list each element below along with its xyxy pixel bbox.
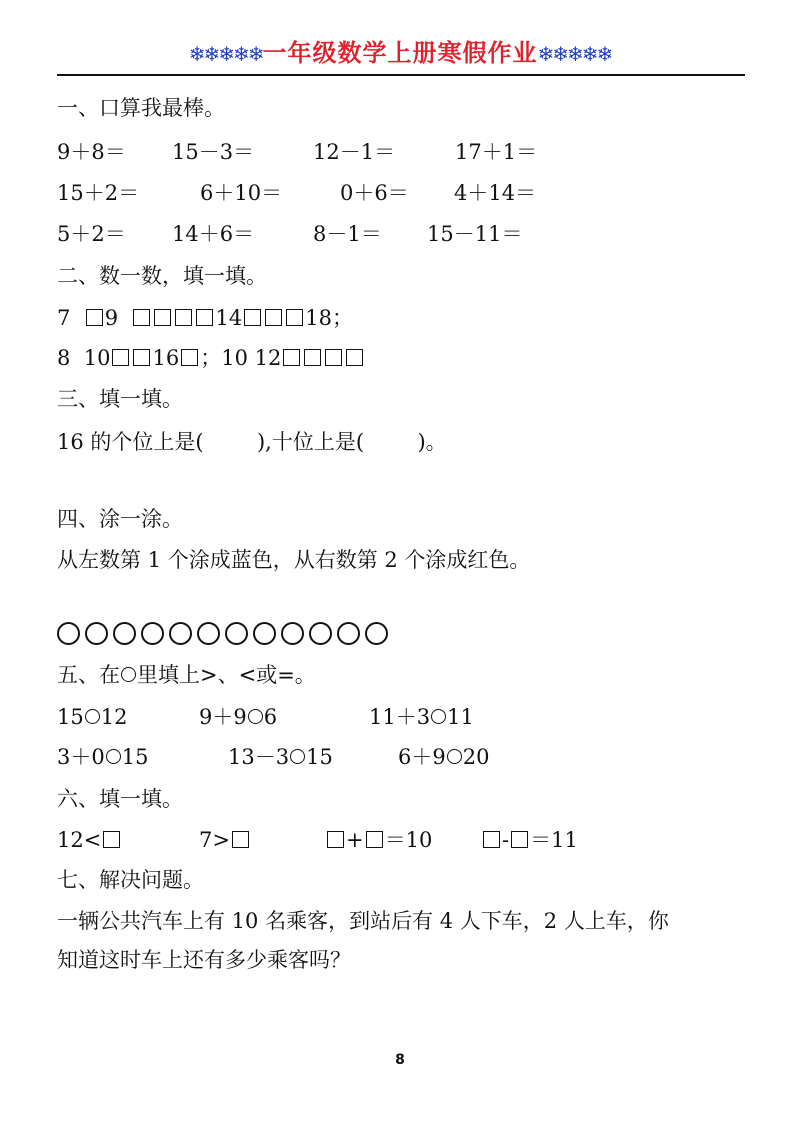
section-3-heading: 三、填一填。 bbox=[57, 385, 183, 413]
section-4-heading: 四、涂一涂。 bbox=[57, 505, 183, 533]
compare-circle[interactable] bbox=[431, 709, 446, 724]
answer-box[interactable] bbox=[86, 309, 103, 326]
answer-box[interactable] bbox=[304, 349, 321, 366]
answer-box[interactable] bbox=[181, 349, 198, 366]
answer-box[interactable] bbox=[154, 309, 171, 326]
problem: 4＋14＝ bbox=[454, 179, 536, 207]
sequence-line-1: 7 9 1418； bbox=[57, 304, 353, 332]
colorable-circle[interactable] bbox=[85, 622, 108, 645]
answer-box[interactable] bbox=[283, 349, 300, 366]
compare-item: 11＋311 bbox=[369, 703, 474, 731]
colorable-circle[interactable] bbox=[253, 622, 276, 645]
section-1-heading: 一、口算我最棒。 bbox=[57, 94, 225, 122]
problem: 15－3＝ bbox=[172, 138, 254, 166]
circle-row bbox=[57, 621, 393, 649]
answer-box[interactable] bbox=[325, 349, 342, 366]
problem: 14＋6＝ bbox=[172, 220, 254, 248]
colorable-circle[interactable] bbox=[197, 622, 220, 645]
circle-symbol-icon bbox=[121, 667, 136, 682]
answer-box[interactable] bbox=[112, 349, 129, 366]
answer-box[interactable] bbox=[366, 831, 383, 848]
colorable-circle[interactable] bbox=[281, 622, 304, 645]
problem: 17＋1＝ bbox=[455, 138, 537, 166]
page-number: 8 bbox=[0, 1052, 800, 1068]
problem: 12－1＝ bbox=[313, 138, 395, 166]
problem: 8－1＝ bbox=[313, 220, 382, 248]
compare-item: 6＋920 bbox=[398, 743, 489, 771]
place-value-question: 16 的个位上是( ),十位上是( )。 bbox=[57, 428, 447, 456]
page-title: 一年级数学上册寒假作业 bbox=[263, 39, 538, 67]
compare-item: 9＋96 bbox=[199, 703, 277, 731]
colorable-circle[interactable] bbox=[113, 622, 136, 645]
answer-box[interactable] bbox=[103, 831, 120, 848]
answer-box[interactable] bbox=[265, 309, 282, 326]
header-divider bbox=[57, 74, 745, 76]
problem: 15－11＝ bbox=[427, 220, 522, 248]
word-problem-line-2: 知道这时车上还有多少乘客吗？ bbox=[57, 946, 351, 974]
compare-circle[interactable] bbox=[85, 709, 100, 724]
section-2-heading: 二、数一数，填一填。 bbox=[57, 262, 267, 290]
colorable-circle[interactable] bbox=[337, 622, 360, 645]
page-header: ❄❄❄❄❄一年级数学上册寒假作业❄❄❄❄❄ bbox=[0, 38, 800, 69]
answer-box[interactable] bbox=[327, 831, 344, 848]
colorable-circle[interactable] bbox=[169, 622, 192, 645]
colorable-circle[interactable] bbox=[225, 622, 248, 645]
snowflake-icons-right: ❄❄❄❄❄ bbox=[538, 42, 612, 66]
colorable-circle[interactable] bbox=[365, 622, 388, 645]
problem: 6＋10＝ bbox=[200, 179, 282, 207]
colorable-circle[interactable] bbox=[57, 622, 80, 645]
problem: 0＋6＝ bbox=[340, 179, 409, 207]
answer-box[interactable] bbox=[244, 309, 261, 326]
section-7-heading: 七、解决问题。 bbox=[57, 866, 204, 894]
compare-circle[interactable] bbox=[248, 709, 263, 724]
colorable-circle[interactable] bbox=[141, 622, 164, 645]
answer-box[interactable] bbox=[232, 831, 249, 848]
answer-box[interactable] bbox=[175, 309, 192, 326]
colorable-circle[interactable] bbox=[309, 622, 332, 645]
answer-box[interactable] bbox=[346, 349, 363, 366]
coloring-instruction: 从左数第 1 个涂成蓝色，从右数第 2 个涂成红色。 bbox=[57, 546, 530, 574]
problem: 9＋8＝ bbox=[57, 138, 126, 166]
compare-item: 3＋015 bbox=[57, 743, 148, 771]
section-5-heading: 五、在里填上>、<或=。 bbox=[57, 661, 316, 689]
answer-box[interactable] bbox=[483, 831, 500, 848]
sequence-line-2: 8 1016；10 12 bbox=[57, 344, 365, 372]
answer-box[interactable] bbox=[286, 309, 303, 326]
problem: 15＋2＝ bbox=[57, 179, 139, 207]
answer-box[interactable] bbox=[196, 309, 213, 326]
problem: 5＋2＝ bbox=[57, 220, 126, 248]
compare-item: 13－315 bbox=[228, 743, 333, 771]
compare-item: 1512 bbox=[57, 703, 127, 731]
word-problem-line-1: 一辆公共汽车上有 10 名乘客，到站后有 4 人下车，2 人上车，你 bbox=[57, 907, 669, 935]
section-6-heading: 六、填一填。 bbox=[57, 785, 183, 813]
compare-circle[interactable] bbox=[447, 749, 462, 764]
compare-circle[interactable] bbox=[106, 749, 121, 764]
answer-box[interactable] bbox=[511, 831, 528, 848]
answer-box[interactable] bbox=[133, 309, 150, 326]
answer-box[interactable] bbox=[133, 349, 150, 366]
compare-circle[interactable] bbox=[290, 749, 305, 764]
snowflake-icons-left: ❄❄❄❄❄ bbox=[189, 42, 263, 66]
